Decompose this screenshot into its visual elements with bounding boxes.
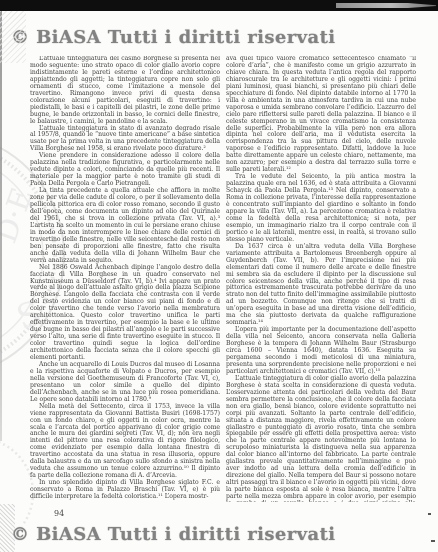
paragraph: L’attuale tinteggiatura del casino Borgh… xyxy=(30,56,220,126)
paragraph: La tinta precedente a quella attuale che… xyxy=(30,188,220,264)
scanned-page: © BiASA Tutti i diritti riservati D·E S … xyxy=(0,0,438,552)
scan-speck xyxy=(428,513,431,515)
paragraph: Tra le vedute del Seicento, la più antic… xyxy=(226,174,416,244)
scan-top-bar xyxy=(0,0,438,11)
paragraph: Nella metà del Settecento, circa il 1753… xyxy=(30,404,220,480)
paragraph: Da 1637 circa è un’altra veduta della Vi… xyxy=(226,244,416,327)
paragraph: ava quel tipico valore cromatico settece… xyxy=(226,56,416,174)
text-column-left: L’attuale tinteggiatura del casino Borgh… xyxy=(30,56,220,502)
text-column-right: ava quel tipico valore cromatico settece… xyxy=(226,56,416,502)
scan-speck xyxy=(431,540,435,542)
paragraph: L’attuale tinteggiatura in stato di avan… xyxy=(30,126,220,154)
scan-streak xyxy=(336,3,436,8)
paragraph: L’opera più importante per la documentaz… xyxy=(226,327,416,376)
paragraph: Anche un acquarello di Louis Ducros dal … xyxy=(30,362,220,404)
scan-noise-topleft xyxy=(0,11,26,63)
page-number: 94 xyxy=(54,509,64,518)
paragraph: Viene prendere in considerazione adesso … xyxy=(30,153,220,188)
paragraph: Nel 1886 Oswald Achenbach dipinge l’ango… xyxy=(30,265,220,362)
watermark-top: © BiASA Tutti i diritti riservati xyxy=(11,27,336,48)
paragraph: In uno splendido dipinto di Villa Borghe… xyxy=(30,480,220,501)
scan-edge-line xyxy=(0,11,2,441)
paragraph: L’attuale tinteggiatura di color giallo … xyxy=(226,376,416,502)
watermark-bottom: © BiASA Tutti i diritti riservati xyxy=(11,524,336,545)
